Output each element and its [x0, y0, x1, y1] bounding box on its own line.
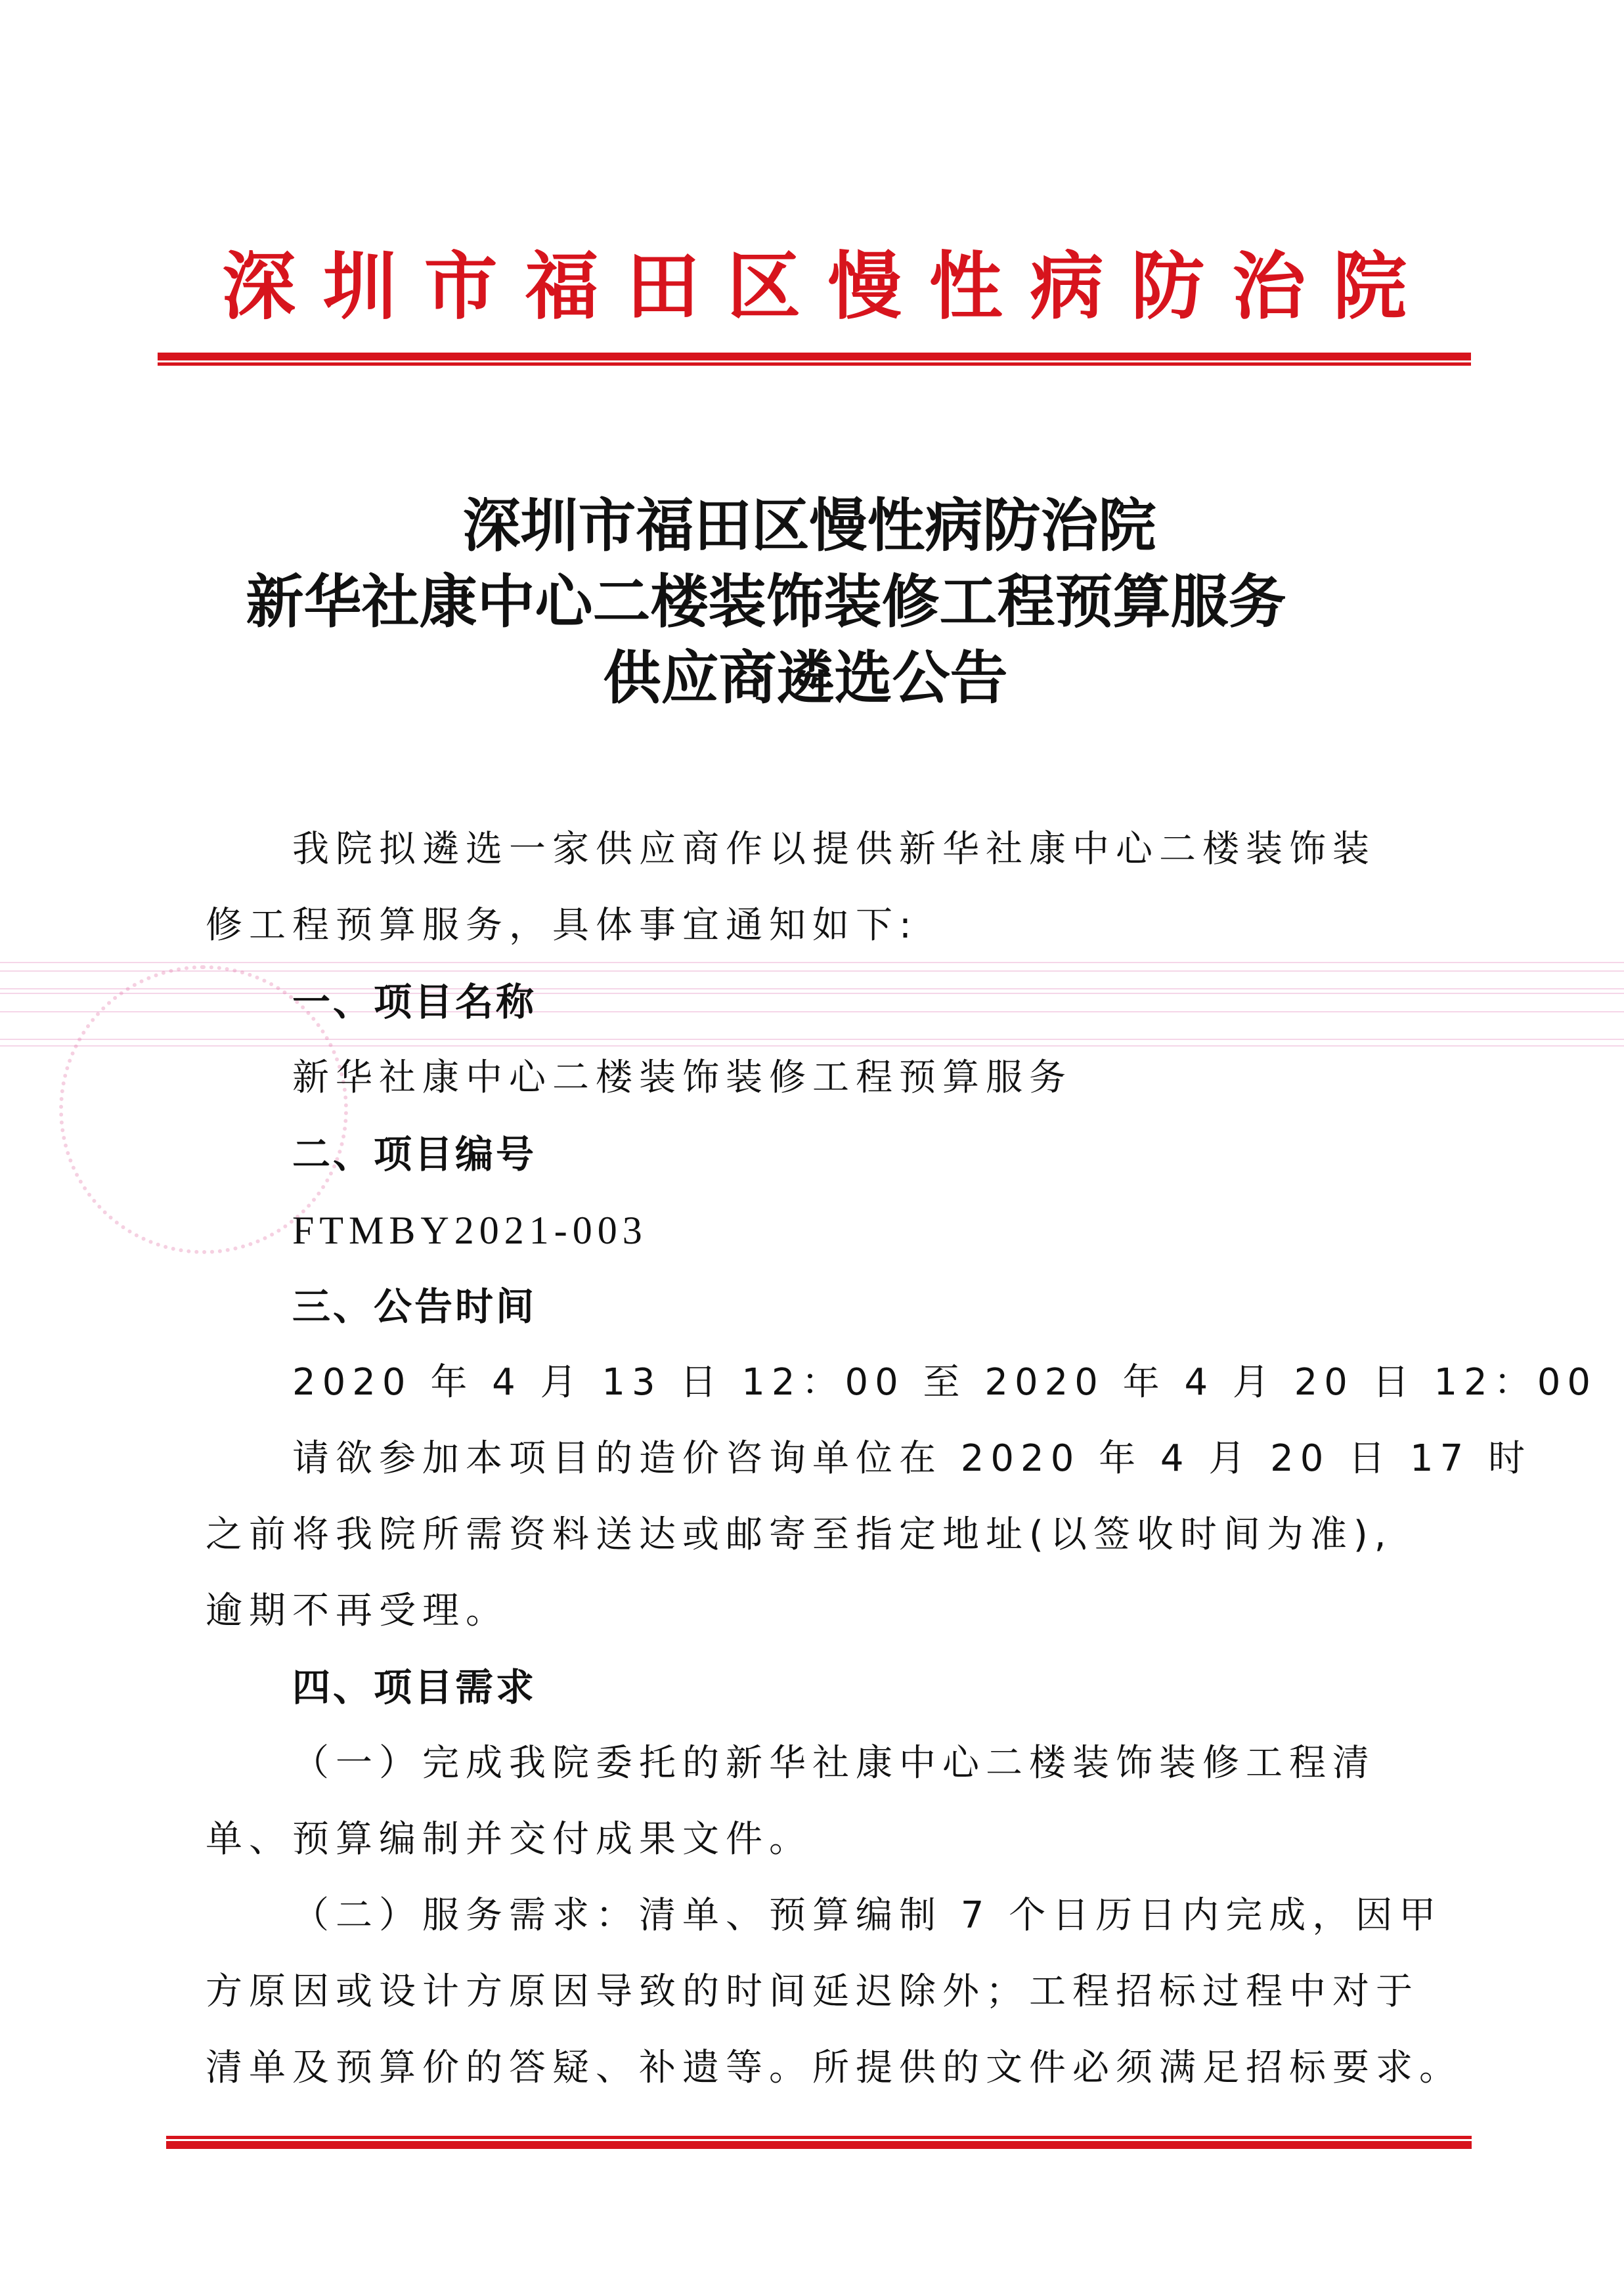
document-body: 我院拟遴选一家供应商作以提供新华社康中心二楼装饰装 修工程预算服务，具体事宜通知…	[206, 812, 1427, 2106]
letterhead-divider-thick	[158, 353, 1471, 360]
letterhead-char: 田	[621, 244, 705, 330]
letterhead-char: 院	[1328, 244, 1412, 330]
section-heading-announcement-time: 三、公告时间	[206, 1268, 1427, 1345]
section-heading-project-number: 二、项目编号	[206, 1116, 1427, 1192]
letterhead-char: 市	[419, 244, 503, 330]
letterhead-org-name: 深 圳 市 福 田 区 慢 性 病 防 治 院	[217, 244, 1412, 330]
title-line-2: 新华社康中心二楼装饰装修工程预算服务	[0, 563, 1624, 639]
section-heading-project-name: 一、项目名称	[206, 964, 1427, 1040]
deadline-paragraph-line: 逾期不再受理。	[206, 1573, 1427, 1649]
section-heading-project-requirements: 四、项目需求	[206, 1649, 1427, 1725]
project-name-value: 新华社康中心二楼装饰装修工程预算服务	[206, 1040, 1427, 1116]
letterhead-char: 圳	[318, 244, 402, 330]
letterhead-char: 区	[722, 244, 806, 330]
requirement-paragraph-line: 单、预算编制并交付成果文件。	[206, 1802, 1427, 1878]
footer-divider-thin	[166, 2136, 1472, 2139]
requirement-paragraph-line: （一）完成我院委托的新华社康中心二楼装饰装修工程清	[206, 1725, 1427, 1802]
requirement-paragraph-line: 清单及预算价的答疑、补遗等。所提供的文件必须满足招标要求。	[206, 2030, 1427, 2106]
letterhead-char: 深	[217, 244, 301, 330]
deadline-paragraph-line: 请欲参加本项目的造价咨询单位在 2020 年 4 月 20 日 17 时	[206, 1421, 1427, 1497]
requirement-paragraph-line: （二）服务需求：清单、预算编制 7 个日历日内完成，因甲	[206, 1878, 1427, 1954]
intro-paragraph-line: 修工程预算服务，具体事宜通知如下:	[206, 888, 1427, 964]
letterhead-char: 福	[519, 244, 604, 330]
footer-divider-thick	[166, 2141, 1472, 2149]
deadline-paragraph-line: 之前将我院所需资料送达或邮寄至指定地址(以签收时间为准),	[206, 1497, 1427, 1573]
letterhead-char: 病	[1025, 244, 1109, 330]
letterhead-char: 慢	[823, 244, 907, 330]
project-number-value: FTMBY2021-003	[206, 1192, 1427, 1268]
letterhead-char: 治	[1227, 244, 1311, 330]
document-title: 深圳市福田区慢性病防治院 新华社康中心二楼装饰装修工程预算服务 供应商遴选公告	[0, 487, 1624, 716]
announcement-period: 2020 年 4 月 13 日 12：00 至 2020 年 4 月 20 日 …	[206, 1345, 1427, 1421]
letterhead-divider-thin	[158, 362, 1471, 366]
requirement-paragraph-line: 方原因或设计方原因导致的时间延迟除外；工程招标过程中对于	[206, 1954, 1427, 2030]
letterhead-char: 性	[924, 244, 1008, 330]
title-line-1: 深圳市福田区慢性病防治院	[0, 487, 1624, 563]
document-page: 深 圳 市 福 田 区 慢 性 病 防 治 院 深圳市福田区慢性病防治院 新华社…	[0, 0, 1624, 2296]
intro-paragraph-line: 我院拟遴选一家供应商作以提供新华社康中心二楼装饰装	[206, 812, 1427, 888]
title-line-3: 供应商遴选公告	[0, 639, 1624, 716]
letterhead-char: 防	[1126, 244, 1210, 330]
